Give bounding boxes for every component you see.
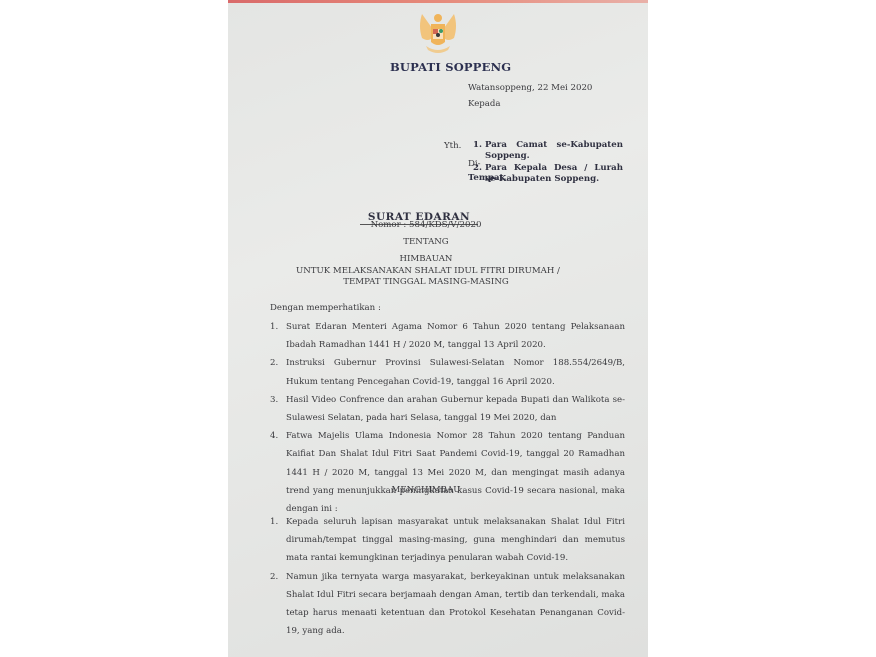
tempat-label: Tempat.: [468, 173, 507, 183]
document-number: Nomor : 584/KDS/V/2020: [228, 220, 636, 230]
document-page: BUPATI SOPPENG Watansoppeng, 22 Mei 2020…: [228, 0, 648, 657]
list-item: 2. Namun jika ternyata warga masyarakat,…: [270, 568, 625, 641]
appeal-list: 1. Kepada seluruh lapisan masyarakat unt…: [270, 513, 625, 640]
yth-label: Yth.: [444, 141, 461, 151]
list-item: 1. Surat Edaran Menteri Agama Nomor 6 Ta…: [270, 318, 625, 354]
to-label: Kepada: [468, 99, 501, 109]
about-label: TENTANG: [228, 237, 636, 247]
recipient-item: 1. Para Camat se-Kabupaten Soppeng.: [473, 140, 623, 161]
subject-line-1: HIMBAUAN: [228, 254, 636, 264]
list-item: 3. Hasil Video Confrence dan arahan Gube…: [270, 391, 625, 427]
subject-line-2: UNTUK MELAKSANAKAN SHALAT IDUL FITRI DIR…: [228, 266, 638, 276]
di-label: Di-: [468, 159, 481, 169]
subject-line-3: TEMPAT TINGGAL MASING-MASING: [228, 277, 636, 287]
top-stripe: [228, 0, 648, 3]
place-date: Watansoppeng, 22 Mei 2020: [468, 83, 592, 93]
office-title: BUPATI SOPPENG: [390, 60, 511, 74]
list-item: 2. Instruksi Gubernur Provinsi Sulawesi-…: [270, 354, 625, 390]
appeal-heading: MENGHIMBAU: [228, 485, 636, 495]
list-item: 4. Fatwa Majelis Ulama Indonesia Nomor 2…: [270, 427, 625, 518]
considerations-intro: Dengan memperhatikan :: [270, 303, 381, 313]
garuda-emblem-icon: [414, 8, 462, 58]
list-item: 1. Kepada seluruh lapisan masyarakat unt…: [270, 513, 625, 568]
